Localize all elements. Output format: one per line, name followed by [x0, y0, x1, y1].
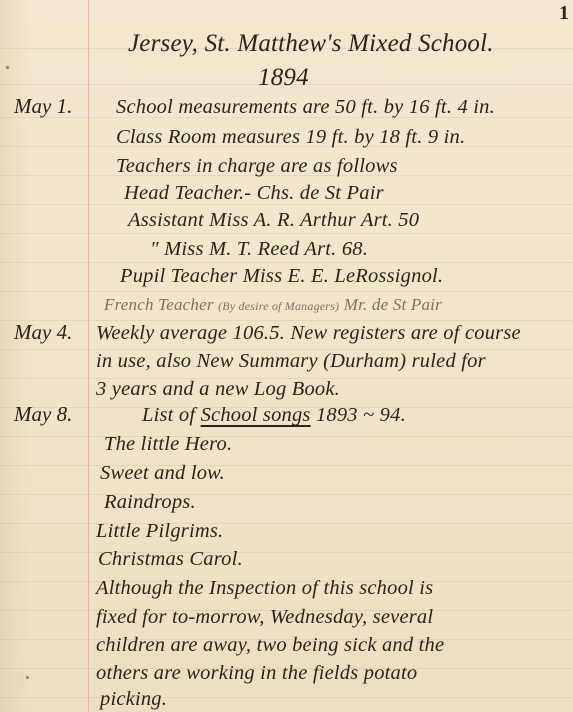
entry-date: May 1. — [14, 94, 72, 119]
ink-speck — [26, 676, 29, 679]
page-number: 1 — [559, 2, 569, 25]
song-item: Sweet and low. — [100, 462, 225, 485]
entry-line: children are away, two being sick and th… — [96, 634, 444, 657]
entry-line: Although the Inspection of this school i… — [96, 577, 433, 600]
entry-line: in use, also New Summary (Durham) ruled … — [96, 350, 486, 373]
ruling-line — [0, 262, 573, 263]
entry-line: others are working in the fields potato — [96, 662, 417, 685]
ruling-line — [0, 465, 573, 466]
song-item: Raindrops. — [104, 491, 196, 514]
entry-line: fixed for to-morrow, Wednesday, several — [96, 606, 433, 629]
ruling-line — [0, 523, 573, 524]
page-year: 1894 — [258, 64, 309, 92]
logbook-page: 1 Jersey, St. Matthew's Mixed School. 18… — [0, 0, 573, 712]
entry-line: picking. — [100, 688, 167, 711]
ruling-line — [0, 233, 573, 234]
entry-line: Assistant Miss A. R. Arthur Art. 50 — [128, 209, 419, 232]
entry-line: Weekly average 106.5. New registers are … — [96, 322, 521, 345]
entry-date: May 8. — [14, 402, 72, 427]
songs-heading: List of School songs 1893 ~ 94. — [142, 404, 406, 427]
entry-date: May 4. — [14, 320, 72, 345]
song-item: The little Hero. — [104, 433, 232, 456]
ruling-line — [0, 552, 573, 553]
entry-line: Class Room measures 19 ft. by 18 ft. 9 i… — [116, 126, 465, 149]
song-item: Little Pilgrims. — [96, 520, 223, 543]
french-teacher-line: French Teacher (By desire of Managers) M… — [104, 295, 442, 315]
entry-line: " Miss M. T. Reed Art. 68. — [150, 238, 368, 261]
ruling-line — [0, 320, 573, 321]
ruling-line — [0, 436, 573, 437]
ruling-line — [0, 291, 573, 292]
entry-line: Head Teacher.- Chs. de St Pair — [124, 182, 384, 205]
page-title: Jersey, St. Matthew's Mixed School. — [128, 30, 494, 58]
faint-note: (By desire of Managers) — [218, 299, 339, 313]
entry-line: School measurements are 50 ft. by 16 ft.… — [116, 96, 495, 119]
ink-speck — [6, 66, 9, 69]
entry-line: Teachers in charge are as follows — [116, 155, 398, 178]
entry-line: 3 years and a new Log Book. — [96, 378, 340, 401]
margin-rule — [88, 0, 89, 712]
songs-heading-prefix: List of — [142, 404, 195, 426]
faint-name: Mr. de St Pair — [344, 295, 442, 314]
faint-label: French Teacher — [104, 295, 214, 314]
ruling-line — [0, 494, 573, 495]
entry-line: Pupil Teacher Miss E. E. LeRossignol. — [120, 265, 443, 288]
songs-heading-suffix: 1893 ~ 94. — [316, 404, 406, 426]
song-item: Christmas Carol. — [98, 548, 243, 571]
ruling-line — [0, 697, 573, 698]
songs-heading-underlined: School songs — [201, 404, 311, 426]
